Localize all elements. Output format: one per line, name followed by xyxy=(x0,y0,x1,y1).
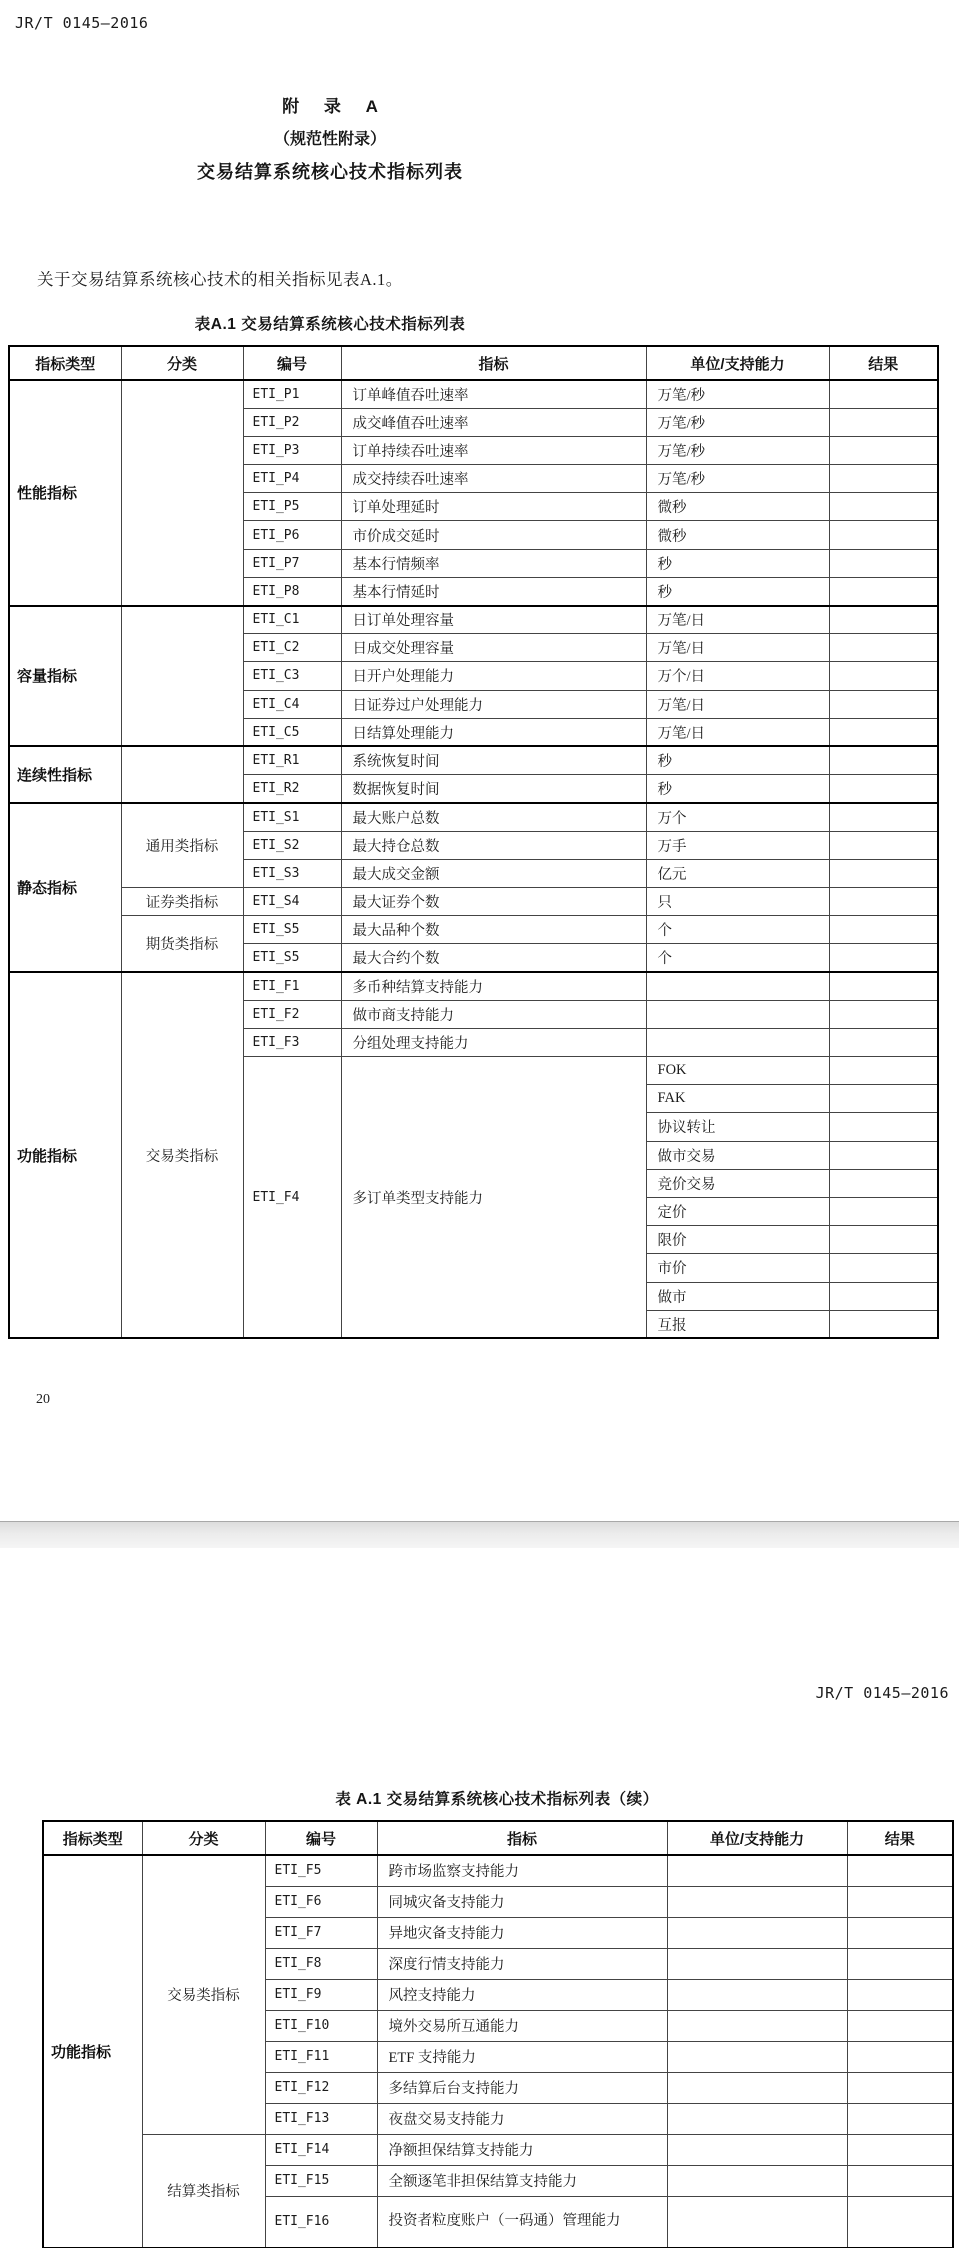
column-header: 编号 xyxy=(243,346,341,380)
table-cell: 日开户处理能力 xyxy=(341,662,646,690)
table-cell xyxy=(829,859,938,887)
table-cell xyxy=(829,746,938,774)
table-cell xyxy=(829,436,938,464)
table-cell: 日成交处理容量 xyxy=(341,634,646,662)
table-cell xyxy=(829,577,938,605)
table-cell: ETI_S4 xyxy=(243,887,341,915)
table-cell: 微秒 xyxy=(646,493,829,521)
table-cell: 最大品种个数 xyxy=(341,916,646,944)
intro-paragraph: 关于交易结算系统核心技术的相关指标见表A.1。 xyxy=(37,266,403,290)
table-cell xyxy=(646,1000,829,1028)
table-cell xyxy=(829,634,938,662)
table-cell xyxy=(667,2134,847,2165)
table-cell xyxy=(847,1948,953,1979)
table-cell: 最大证券个数 xyxy=(341,887,646,915)
table-cell: ETI_F11 xyxy=(265,2041,377,2072)
table-cell xyxy=(667,2072,847,2103)
table-cell: 万笔/秒 xyxy=(646,465,829,493)
table-cell: 基本行情延时 xyxy=(341,577,646,605)
table-cell: ETI_R1 xyxy=(243,746,341,774)
table-cell xyxy=(829,1310,938,1338)
table-cell: 境外交易所互通能力 xyxy=(377,2010,667,2041)
table-cell xyxy=(847,1886,953,1917)
table-cell: ETI_F13 xyxy=(265,2103,377,2134)
table-cell: ETI_P2 xyxy=(243,408,341,436)
table-cell: 成交峰值吞吐速率 xyxy=(341,408,646,436)
table2-caption: 表 A.1 交易结算系统核心技术指标列表（续） xyxy=(42,1787,952,1809)
table-cell: 日结算处理能力 xyxy=(341,718,646,746)
appendix-label: 附 录 A xyxy=(0,92,660,117)
table-cell: 互报 xyxy=(646,1310,829,1338)
table-cell: 万笔/日 xyxy=(646,718,829,746)
table-cell xyxy=(829,944,938,972)
doc-number-page2: JR/T 0145—2016 xyxy=(816,1684,949,1702)
table-row: 结算类指标ETI_F14净额担保结算支持能力 xyxy=(43,2134,953,2165)
table-cell xyxy=(847,2072,953,2103)
table-cell xyxy=(829,1141,938,1169)
table-cell: 功能指标 xyxy=(9,972,121,1338)
table-cell: 做市商支持能力 xyxy=(341,1000,646,1028)
table-row: 期货类指标ETI_S5最大品种个数个 xyxy=(9,916,938,944)
table-cell: 证券类指标 xyxy=(121,887,243,915)
table-cell: ETI_F9 xyxy=(265,1979,377,2010)
table-cell xyxy=(829,465,938,493)
table-cell: 风控支持能力 xyxy=(377,1979,667,2010)
table-row: 连续性指标ETI_R1系统恢复时间秒 xyxy=(9,746,938,774)
table-header-row: 指标类型分类编号指标单位/支持能力结果 xyxy=(9,346,938,380)
table-cell: ETI_P7 xyxy=(243,549,341,577)
table-cell: 竞价交易 xyxy=(646,1169,829,1197)
table-cell: 定价 xyxy=(646,1197,829,1225)
table-cell: 同城灾备支持能力 xyxy=(377,1886,667,1917)
table-cell: 通用类指标 xyxy=(121,803,243,888)
table-cell: 最大成交金额 xyxy=(341,859,646,887)
table-cell xyxy=(829,606,938,634)
table-cell: 连续性指标 xyxy=(9,746,121,802)
table-cell: ETI_F1 xyxy=(243,972,341,1000)
table-cell: ETI_F7 xyxy=(265,1917,377,1948)
table-cell xyxy=(829,803,938,831)
table-cell: FOK xyxy=(646,1057,829,1085)
table-cell xyxy=(667,2165,847,2196)
table-cell xyxy=(829,690,938,718)
table-row: 静态指标通用类指标ETI_S1最大账户总数万个 xyxy=(9,803,938,831)
page-divider xyxy=(0,1521,959,1548)
indicator-table-page2: 指标类型分类编号指标单位/支持能力结果功能指标交易类指标ETI_F5跨市场监察支… xyxy=(42,1820,954,2248)
table-cell: ETI_P4 xyxy=(243,465,341,493)
table-cell xyxy=(829,718,938,746)
table-cell: 多结算后台支持能力 xyxy=(377,2072,667,2103)
table-cell xyxy=(121,746,243,802)
table-cell xyxy=(829,380,938,408)
table-cell: 最大持仓总数 xyxy=(341,831,646,859)
table-cell xyxy=(829,1113,938,1141)
table-cell: ETI_C4 xyxy=(243,690,341,718)
table-cell: ETI_S3 xyxy=(243,859,341,887)
table-cell: 成交持续吞吐速率 xyxy=(341,465,646,493)
table-cell xyxy=(121,380,243,606)
table-cell: 订单峰值吞吐速率 xyxy=(341,380,646,408)
table-cell: ETI_F6 xyxy=(265,1886,377,1917)
table-cell: ETI_C3 xyxy=(243,662,341,690)
table-row: 容量指标ETI_C1日订单处理容量万笔/日 xyxy=(9,606,938,634)
table-cell xyxy=(667,2196,847,2248)
table-cell xyxy=(829,775,938,803)
table-cell xyxy=(121,606,243,747)
table-cell xyxy=(847,1917,953,1948)
table-cell xyxy=(829,1254,938,1282)
table-cell: 微秒 xyxy=(646,521,829,549)
table-cell xyxy=(829,1197,938,1225)
table-cell: 万笔/日 xyxy=(646,690,829,718)
table-cell: ETI_R2 xyxy=(243,775,341,803)
table-cell: 万个/日 xyxy=(646,662,829,690)
table-cell: 万手 xyxy=(646,831,829,859)
table-cell xyxy=(667,1886,847,1917)
table-cell: ETI_F4 xyxy=(243,1057,341,1339)
column-header: 结果 xyxy=(829,346,938,380)
appendix-heading: 交易结算系统核心技术指标列表 xyxy=(0,158,660,184)
table-cell xyxy=(847,2103,953,2134)
table-cell: ETI_F14 xyxy=(265,2134,377,2165)
table-cell: ETI_S5 xyxy=(243,916,341,944)
table-cell: ETI_S2 xyxy=(243,831,341,859)
table-cell xyxy=(829,916,938,944)
table-cell: 限价 xyxy=(646,1226,829,1254)
table-cell: 个 xyxy=(646,944,829,972)
table-cell: 只 xyxy=(646,887,829,915)
table-cell: 分组处理支持能力 xyxy=(341,1028,646,1056)
table-cell: ETI_F3 xyxy=(243,1028,341,1056)
table-cell: 日订单处理容量 xyxy=(341,606,646,634)
table-cell xyxy=(847,2041,953,2072)
table-cell xyxy=(667,1855,847,1886)
table-cell xyxy=(829,1282,938,1310)
table-cell: 全额逐笔非担保结算支持能力 xyxy=(377,2165,667,2196)
table-cell xyxy=(829,1085,938,1113)
table-cell xyxy=(829,521,938,549)
table-cell xyxy=(829,887,938,915)
table-cell xyxy=(829,1226,938,1254)
table-cell xyxy=(829,972,938,1000)
table-cell xyxy=(829,1169,938,1197)
column-header: 结果 xyxy=(847,1821,953,1855)
table-cell: 做市交易 xyxy=(646,1141,829,1169)
indicator-table-page1: 指标类型分类编号指标单位/支持能力结果性能指标ETI_P1订单峰值吞吐速率万笔/… xyxy=(8,345,939,1339)
table-cell xyxy=(667,2041,847,2072)
table-cell xyxy=(829,831,938,859)
table-cell: ETI_F2 xyxy=(243,1000,341,1028)
table-cell: ETI_F15 xyxy=(265,2165,377,2196)
table-cell: 个 xyxy=(646,916,829,944)
table-cell: 期货类指标 xyxy=(121,916,243,972)
table-cell xyxy=(847,2196,953,2248)
table-cell xyxy=(667,2103,847,2134)
table-cell: 市价 xyxy=(646,1254,829,1282)
page-number: 20 xyxy=(36,1392,50,1408)
table-cell: 基本行情频率 xyxy=(341,549,646,577)
table-cell: 投资者粒度账户（一码通）管理能力 xyxy=(377,2196,667,2248)
table-cell: 秒 xyxy=(646,577,829,605)
table-cell: ETI_P6 xyxy=(243,521,341,549)
table-cell: 市价成交延时 xyxy=(341,521,646,549)
table-cell xyxy=(847,2165,953,2196)
table-cell: 结算类指标 xyxy=(142,2134,265,2248)
table-cell: 最大合约个数 xyxy=(341,944,646,972)
table-cell: 净额担保结算支持能力 xyxy=(377,2134,667,2165)
table-cell: 系统恢复时间 xyxy=(341,746,646,774)
table-cell: 深度行情支持能力 xyxy=(377,1948,667,1979)
table-cell xyxy=(667,2010,847,2041)
table-cell: 交易类指标 xyxy=(121,972,243,1338)
table-cell: 夜盘交易支持能力 xyxy=(377,2103,667,2134)
table-cell xyxy=(829,662,938,690)
table-cell: 最大账户总数 xyxy=(341,803,646,831)
table1-caption: 表A.1 交易结算系统核心技术指标列表 xyxy=(0,312,660,334)
column-header: 指标类型 xyxy=(43,1821,142,1855)
table-row: 功能指标交易类指标ETI_F5跨市场监察支持能力 xyxy=(43,1855,953,1886)
doc-number-page1: JR/T 0145—2016 xyxy=(15,14,148,32)
column-header: 分类 xyxy=(121,346,243,380)
table-cell: 日证券过户处理能力 xyxy=(341,690,646,718)
table-cell: ETI_P1 xyxy=(243,380,341,408)
table-cell: 万笔/秒 xyxy=(646,408,829,436)
table-cell xyxy=(829,408,938,436)
document-canvas: JR/T 0145—2016 附 录 A （规范性附录） 交易结算系统核心技术指… xyxy=(0,0,959,2248)
table-cell: 容量指标 xyxy=(9,606,121,747)
table-cell: 功能指标 xyxy=(43,1855,142,2248)
table-cell xyxy=(667,1948,847,1979)
table-cell xyxy=(847,2010,953,2041)
column-header: 指标类型 xyxy=(9,346,121,380)
table-cell: ETF 支持能力 xyxy=(377,2041,667,2072)
table-cell: 万笔/日 xyxy=(646,634,829,662)
table-cell: 跨市场监察支持能力 xyxy=(377,1855,667,1886)
table-cell: ETI_P3 xyxy=(243,436,341,464)
table-cell xyxy=(829,1000,938,1028)
column-header: 单位/支持能力 xyxy=(667,1821,847,1855)
table-cell: 万笔/秒 xyxy=(646,380,829,408)
table-cell: ETI_S5 xyxy=(243,944,341,972)
table-cell: ETI_F10 xyxy=(265,2010,377,2041)
table-cell: 协议转让 xyxy=(646,1113,829,1141)
table-cell: 交易类指标 xyxy=(142,1855,265,2134)
table-cell xyxy=(847,2134,953,2165)
table-cell: ETI_C2 xyxy=(243,634,341,662)
table-cell xyxy=(847,1855,953,1886)
table-cell: FAK xyxy=(646,1085,829,1113)
appendix-type: （规范性附录） xyxy=(0,126,660,149)
table-cell: 异地灾备支持能力 xyxy=(377,1917,667,1948)
table-cell: ETI_F16 xyxy=(265,2196,377,2248)
table-cell: 数据恢复时间 xyxy=(341,775,646,803)
table-cell: ETI_P5 xyxy=(243,493,341,521)
table-header-row: 指标类型分类编号指标单位/支持能力结果 xyxy=(43,1821,953,1855)
column-header: 编号 xyxy=(265,1821,377,1855)
table-cell: 亿元 xyxy=(646,859,829,887)
table-cell: ETI_F8 xyxy=(265,1948,377,1979)
column-header: 指标 xyxy=(341,346,646,380)
table-cell: ETI_P8 xyxy=(243,577,341,605)
table-cell xyxy=(829,493,938,521)
table-cell xyxy=(829,1028,938,1056)
table-row: 性能指标ETI_P1订单峰值吞吐速率万笔/秒 xyxy=(9,380,938,408)
table-row: 功能指标交易类指标ETI_F1多币种结算支持能力 xyxy=(9,972,938,1000)
table-cell: 万个 xyxy=(646,803,829,831)
table-cell: 多订单类型支持能力 xyxy=(341,1057,646,1339)
column-header: 指标 xyxy=(377,1821,667,1855)
table-cell: 做市 xyxy=(646,1282,829,1310)
table-cell: 性能指标 xyxy=(9,380,121,606)
table-cell xyxy=(829,1057,938,1085)
column-header: 单位/支持能力 xyxy=(646,346,829,380)
table-row: 证券类指标ETI_S4最大证券个数只 xyxy=(9,887,938,915)
table-cell xyxy=(847,1979,953,2010)
table-cell: ETI_F5 xyxy=(265,1855,377,1886)
table-cell xyxy=(646,1028,829,1056)
table-cell: 多币种结算支持能力 xyxy=(341,972,646,1000)
table-cell: 订单持续吞吐速率 xyxy=(341,436,646,464)
table-cell: ETI_F12 xyxy=(265,2072,377,2103)
table-cell: 静态指标 xyxy=(9,803,121,972)
table-cell: ETI_C5 xyxy=(243,718,341,746)
table-cell: 万笔/秒 xyxy=(646,436,829,464)
table-cell xyxy=(646,972,829,1000)
table-cell: ETI_C1 xyxy=(243,606,341,634)
table-cell xyxy=(829,549,938,577)
table-cell: 订单处理延时 xyxy=(341,493,646,521)
table-cell: 万笔/日 xyxy=(646,606,829,634)
table-cell xyxy=(667,1979,847,2010)
table-cell: 秒 xyxy=(646,549,829,577)
column-header: 分类 xyxy=(142,1821,265,1855)
table-cell xyxy=(667,1917,847,1948)
table-cell: 秒 xyxy=(646,775,829,803)
table-cell: ETI_S1 xyxy=(243,803,341,831)
table-cell: 秒 xyxy=(646,746,829,774)
appendix-title-block: 附 录 A （规范性附录） 交易结算系统核心技术指标列表 xyxy=(0,92,660,184)
